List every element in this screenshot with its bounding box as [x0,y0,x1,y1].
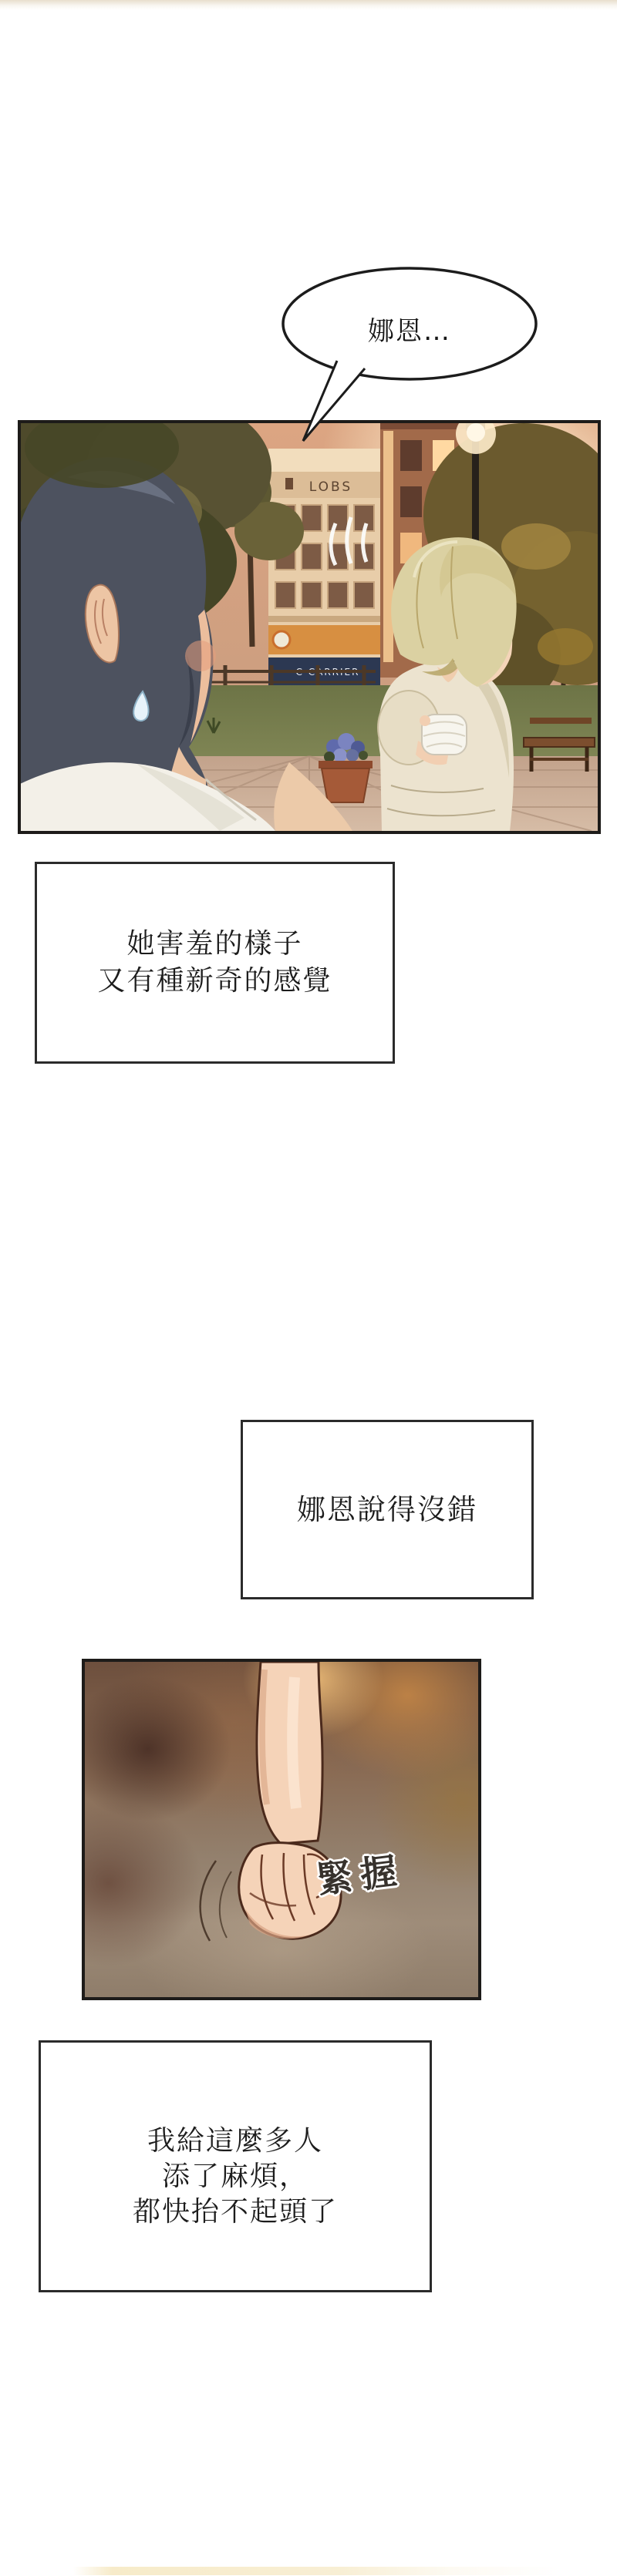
next-panel-edge [73,2567,559,2575]
sign-logo-icon [285,478,293,489]
caption-box-3: 我給這麼多人 添了麻煩， 都快抬不起頭了 [39,2040,432,2292]
caption-line: 娜恩說得沒錯 [297,1491,477,1528]
caption-box-1: 她害羞的樣子 又有種新奇的感覺 [35,862,395,1064]
previous-panel-edge [0,0,617,10]
caption-line: 都快抬不起頭了 [133,2194,338,2230]
speech-bubble-tail [303,361,365,441]
speech-bubble-text: 娜恩… [283,307,536,350]
comic-panel-fist: 緊握 [82,1659,481,2000]
caption-line: 她害羞的樣子 [126,926,302,963]
webtoon-page: 娜恩… [0,0,617,2576]
awning-logo-icon [273,631,290,648]
building-sign-text: LOBS [309,479,352,495]
motion-arc-icon [201,1861,231,1941]
caption-line: 又有種新奇的感覺 [97,963,332,1000]
caption-box-2: 娜恩說得沒錯 [241,1420,534,1599]
speech-bubble [247,254,555,455]
park-scene-art: LOBS C CARRIER [21,423,598,831]
caption-line: 我給這麼多人 [147,2124,323,2159]
sfx-text: 緊握 [313,1841,406,1903]
fist-art [85,1662,478,1997]
caption-line: 添了麻煩， [162,2159,308,2194]
comic-panel-park: LOBS C CARRIER [18,420,601,834]
